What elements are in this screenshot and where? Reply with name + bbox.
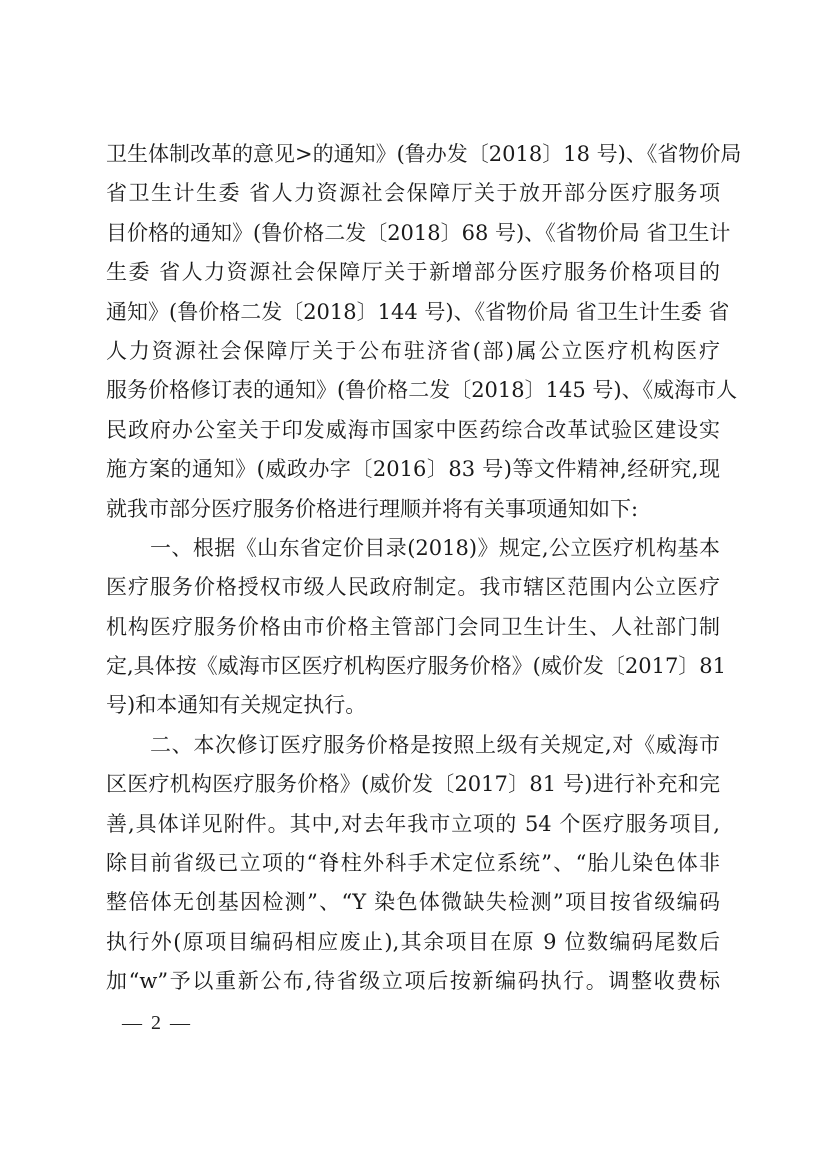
text-line: 通知》(鲁价格二发〔2018〕144 号)、《省物价局 省卫生计生委 省: [106, 293, 720, 332]
text-line: 一、根据《山东省定价目录(2018)》规定,公立医疗机构基本: [106, 529, 720, 568]
text-line: 加“w”予以重新公布,待省级立项后按新编码执行。调整收费标: [106, 962, 720, 1001]
text-line: 机构医疗服务价格由市价格主管部门会同卫生计生、人社部门制: [106, 608, 720, 647]
text-line: 民政府办公室关于印发威海市国家中医药综合改革试验区建设实: [106, 411, 720, 450]
text-line: 服务价格修订表的通知》(鲁价格二发〔2018〕145 号)、《威海市人: [106, 371, 720, 410]
text-line: 区医疗机构医疗服务价格》(威价发〔2017〕81 号)进行补充和完: [106, 765, 720, 804]
document-page: 卫生体制改革的意见>的通知》(鲁办发〔2018〕18 号)、《省物价局 省卫生计…: [0, 0, 827, 1169]
text-line: 卫生体制改革的意见>的通知》(鲁办发〔2018〕18 号)、《省物价局: [106, 135, 720, 174]
page-number: — 2 —: [122, 1012, 192, 1035]
text-line: 定,具体按《威海市区医疗机构医疗服务价格》(威价发〔2017〕81: [106, 647, 720, 686]
text-line: 除目前省级已立项的“脊柱外科手术定位系统”、“胎儿染色体非: [106, 844, 720, 883]
body-text: 卫生体制改革的意见>的通知》(鲁办发〔2018〕18 号)、《省物价局 省卫生计…: [106, 135, 720, 1002]
text-line: 执行外(原项目编码相应废止),其余项目在原 9 位数编码尾数后: [106, 923, 720, 962]
text-line: 善,具体详见附件。其中,对去年我市立项的 54 个医疗服务项目,: [106, 805, 720, 844]
text-line: 二、本次修订医疗服务价格是按照上级有关规定,对《威海市: [106, 726, 720, 765]
text-line: 人力资源社会保障厅关于公布驻济省(部)属公立医疗机构医疗: [106, 332, 720, 371]
text-line: 生委 省人力资源社会保障厅关于新增部分医疗服务价格项目的: [106, 253, 720, 292]
text-line: 目价格的通知》(鲁价格二发〔2018〕68 号)、《省物价局 省卫生计: [106, 214, 720, 253]
text-line: 医疗服务价格授权市级人民政府制定。我市辖区范围内公立医疗: [106, 568, 720, 607]
text-line: 号)和本通知有关规定执行。: [106, 686, 720, 725]
text-line: 省卫生计生委 省人力资源社会保障厅关于放开部分医疗服务项: [106, 174, 720, 213]
text-line: 就我市部分医疗服务价格进行理顺并将有关事项通知如下:: [106, 490, 720, 529]
text-line: 整倍体无创基因检测”、“Y 染色体微缺失检测”项目按省级编码: [106, 883, 720, 922]
text-line: 施方案的通知》(威政办字〔2016〕83 号)等文件精神,经研究,现: [106, 450, 720, 489]
